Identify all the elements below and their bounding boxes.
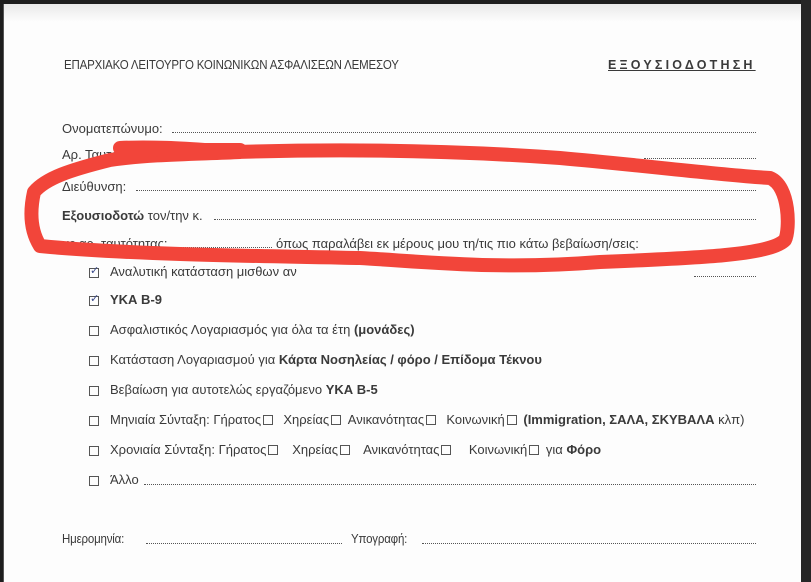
document-title: ΕΞΟΥΣΙΟΔΟΤΗΣΗ [608, 58, 756, 72]
other-field[interactable] [144, 484, 756, 485]
date-field[interactable] [146, 543, 342, 544]
annual-old-age-checkbox[interactable] [268, 445, 278, 455]
option-checkbox-5[interactable] [89, 416, 99, 426]
authorized-person-field[interactable] [214, 219, 756, 220]
full-name-field[interactable] [172, 132, 756, 133]
pension-old-age-checkbox[interactable] [263, 415, 273, 425]
pension-social-checkbox[interactable] [507, 415, 517, 425]
id-number-suffix: όπως παραλάβει εκ μέρους μου τη/τις πιο … [276, 236, 639, 251]
authorize-rest: τον/την κ. [148, 208, 203, 223]
option-label-5: Μηνιαία Σύνταξη: Γήρατος Χηρείας Ανικανό… [110, 412, 744, 427]
option-label-1: ΥΚΑ Β-9 [110, 292, 162, 307]
signature-label: Υπογραφή: [351, 532, 407, 546]
option-label-0: Αναλυτική κατάσταση μισθων αν [110, 264, 297, 279]
signature-field[interactable] [422, 543, 756, 544]
date-label: Ημερομηνία: [62, 532, 124, 546]
option-checkbox-4[interactable] [89, 386, 99, 396]
option-label-6: Χρονιαία Σύνταξη: Γήρατος Χηρείας Ανικαν… [110, 442, 601, 457]
option-checkbox-3[interactable] [89, 356, 99, 366]
document-page: ΕΠΑΡΧΙΑΚΟ ΛΕΙΤΟΥΡΓΟ ΚΟΙΝΩΝΙΚΩΝ ΑΣΦΑΛΙΣΕΩ… [3, 4, 802, 582]
annual-disability-checkbox[interactable] [441, 445, 451, 455]
pension-widow-checkbox[interactable] [331, 415, 341, 425]
address-field[interactable] [136, 190, 756, 191]
annual-social-checkbox[interactable] [529, 445, 539, 455]
authorize-label: Εξουσιοδοτώ τον/την κ. [62, 208, 203, 223]
option-checkbox-0[interactable] [89, 268, 99, 278]
window-edge [801, 0, 811, 582]
option-label-4: Βεβαίωση για αυτοτελώς εργαζόμενο ΥΚΑ Β-… [110, 382, 378, 397]
annual-widow-checkbox[interactable] [340, 445, 350, 455]
address-label: Διεύθυνση: [62, 179, 126, 194]
authorize-bold: Εξουσιοδοτώ [62, 208, 144, 223]
id-number-field[interactable] [180, 247, 272, 248]
id-label: Αρ. Ταυτότη [62, 147, 131, 162]
phone-field[interactable] [644, 158, 756, 159]
option-0-field[interactable] [694, 276, 756, 277]
option-label-3: Κατάσταση Λογαριασμού για Κάρτα Νοσηλεία… [110, 352, 542, 367]
option-checkbox-1[interactable] [89, 296, 99, 306]
option-checkbox-2[interactable] [89, 326, 99, 336]
option-label-7: Άλλο [110, 472, 139, 487]
organization-name: ΕΠΑΡΧΙΑΚΟ ΛΕΙΤΟΥΡΓΟ ΚΟΙΝΩΝΙΚΩΝ ΑΣΦΑΛΙΣΕΩ… [64, 58, 399, 72]
full-name-label: Ονοματεπώνυμο: [62, 121, 163, 136]
option-checkbox-7[interactable] [89, 476, 99, 486]
option-label-2: Ασφαλιστικός Λογαριασμός για όλα τα έτη … [110, 322, 415, 337]
pension-disability-checkbox[interactable] [426, 415, 436, 425]
id-number-label: με αρ. ταυτότητας: [62, 236, 168, 251]
option-checkbox-6[interactable] [89, 446, 99, 456]
